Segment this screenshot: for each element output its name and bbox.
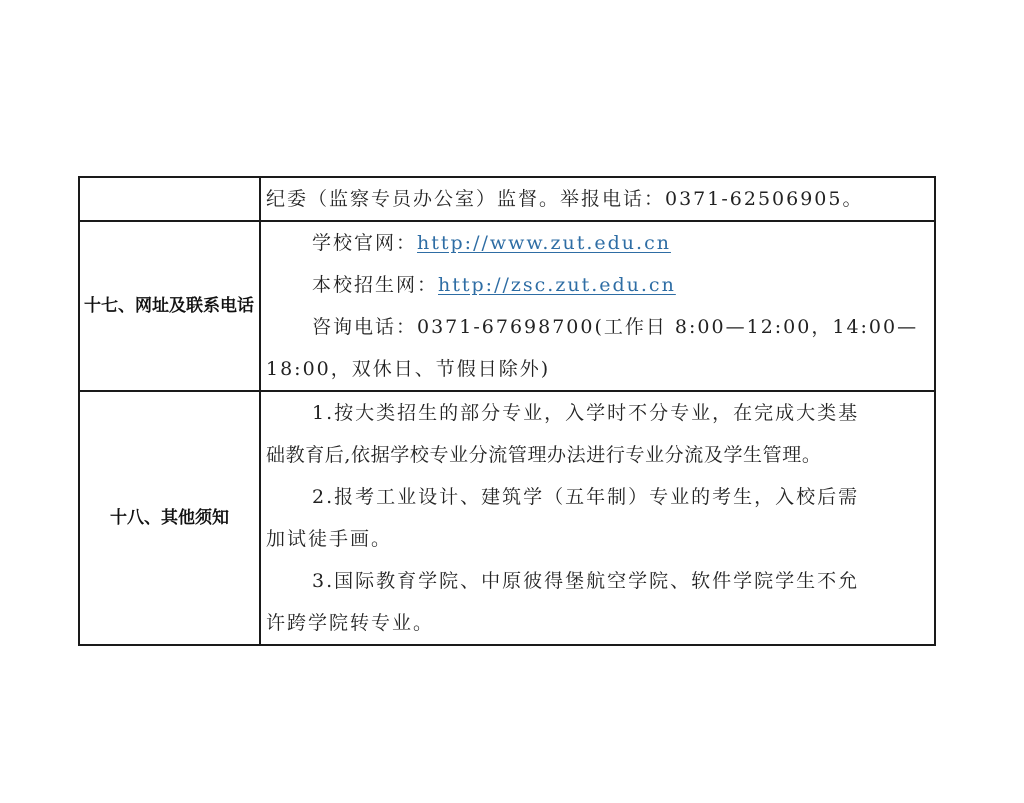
note-1-line-1: 1.按大类招生的部分专业，入学时不分专业，在完成大类基 [266, 392, 930, 434]
phone-line-1: 咨询电话：0371-67698700(工作日 8:00—12:00，14:00— [266, 306, 930, 348]
website-label: 学校官网： [312, 232, 417, 254]
notes-cell: 1.按大类招生的部分专业，入学时不分专业，在完成大类基 础教育后,依据学校专业分… [260, 391, 935, 645]
note-1-line-2: 础教育后,依据学校专业分流管理办法进行专业分流及学生管理。 [266, 434, 930, 476]
admissions-info-table: 纪委（监察专员办公室）监督。举报电话：0371-62506905。 十七、网址及… [78, 176, 936, 646]
website-line: 学校官网：http://www.zut.edu.cn [266, 222, 930, 264]
table-row-supervision: 纪委（监察专员办公室）监督。举报电话：0371-62506905。 [79, 177, 935, 221]
table-row-other-notes: 十八、其他须知 1.按大类招生的部分专业，入学时不分专业，在完成大类基 础教育后… [79, 391, 935, 645]
row-label-notes-cell: 十八、其他须知 [79, 391, 260, 645]
table-row-contact: 十七、网址及联系电话 学校官网：http://www.zut.edu.cn 本校… [79, 221, 935, 391]
row-label-contact-cell: 十七、网址及联系电话 [79, 221, 260, 391]
supervision-cell: 纪委（监察专员办公室）监督。举报电话：0371-62506905。 [260, 177, 935, 221]
website-link[interactable]: http://www.zut.edu.cn [417, 232, 671, 254]
note-2-line-1: 2.报考工业设计、建筑学（五年制）专业的考生，入校后需 [266, 476, 930, 518]
admissions-line: 本校招生网：http://zsc.zut.edu.cn [266, 264, 930, 306]
admissions-link[interactable]: http://zsc.zut.edu.cn [438, 274, 676, 296]
supervision-text: 纪委（监察专员办公室）监督。举报电话：0371-62506905。 [266, 178, 930, 220]
admissions-label: 本校招生网： [312, 274, 438, 296]
row-label-contact: 十七、网址及联系电话 [80, 292, 259, 320]
row-label-empty [79, 177, 260, 221]
note-2-line-2: 加试徒手画。 [266, 518, 930, 560]
note-3-line-1: 3.国际教育学院、中原彼得堡航空学院、软件学院学生不允 [266, 560, 930, 602]
contact-cell: 学校官网：http://www.zut.edu.cn 本校招生网：http://… [260, 221, 935, 391]
row-label-notes: 十八、其他须知 [80, 504, 259, 532]
phone-line-2: 18:00，双休日、节假日除外) [266, 348, 930, 390]
note-3-line-2: 许跨学院转专业。 [266, 602, 930, 644]
